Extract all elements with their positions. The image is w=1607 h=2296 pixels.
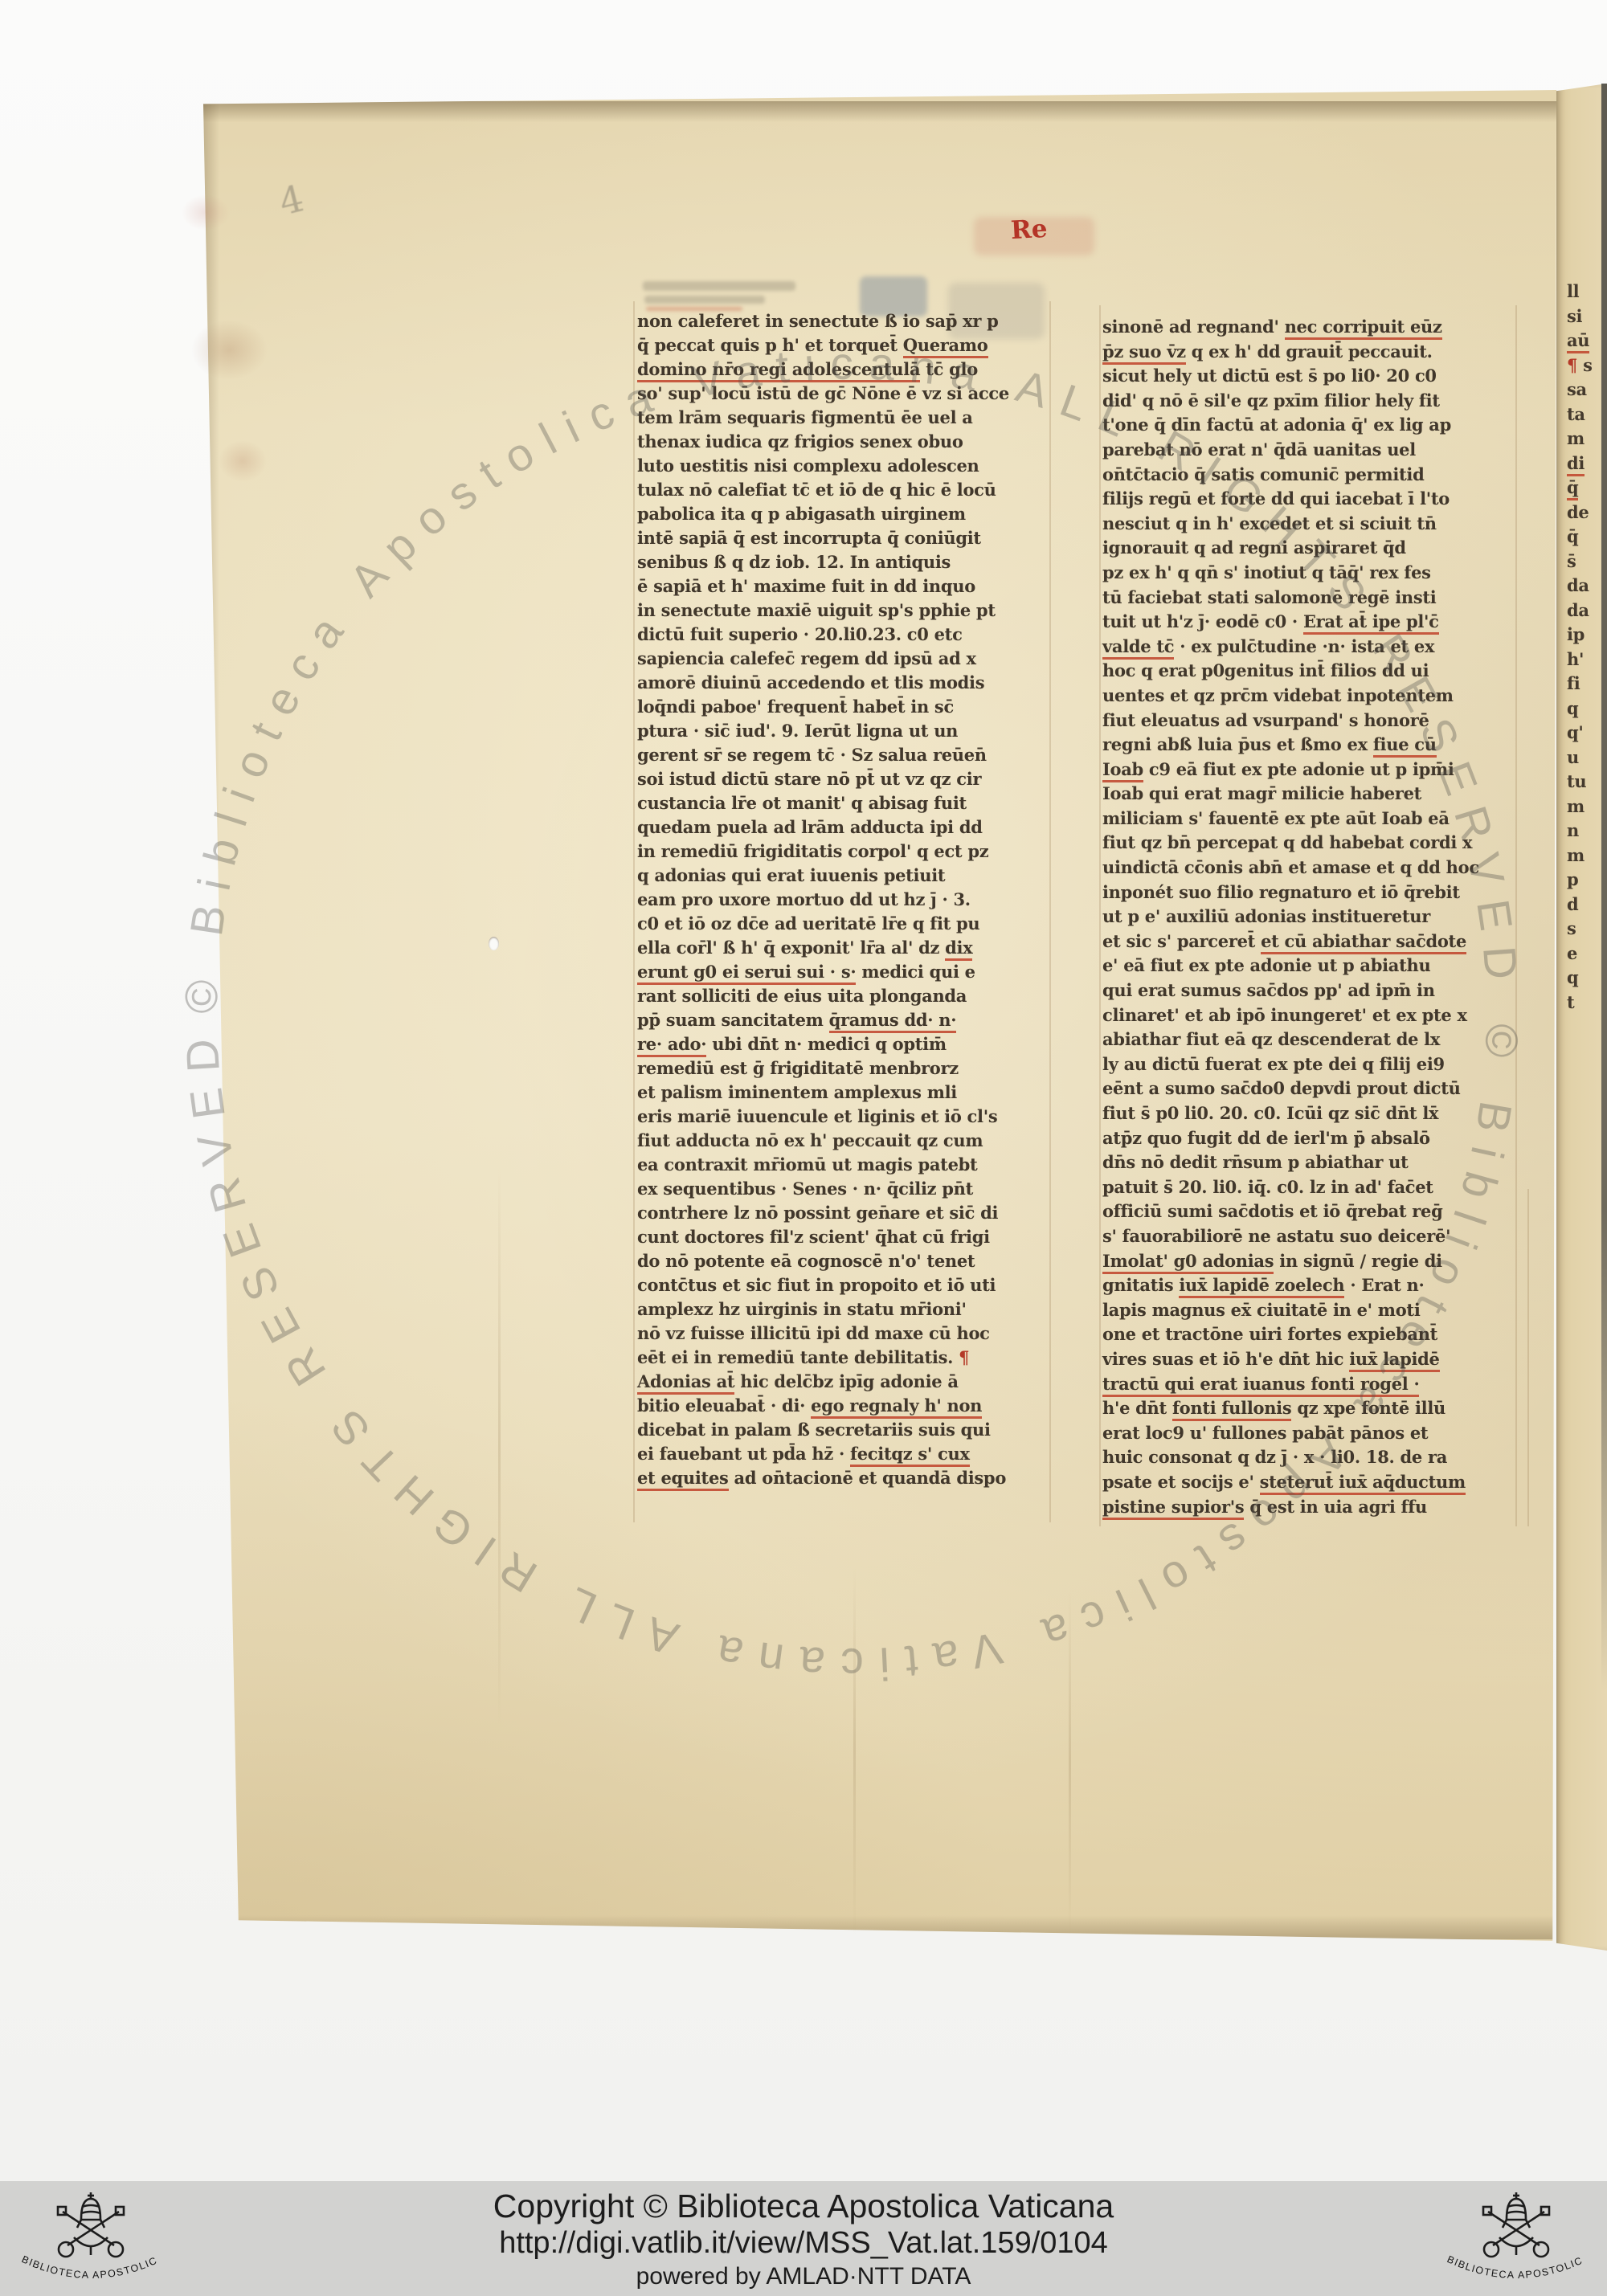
manuscript-line: s [1567, 917, 1605, 942]
manuscript-line: did' q nō ē sil'e qz pxīm filior hely fi… [1102, 389, 1515, 414]
manuscript-line: bitio eleuabat̄ · di· ego regnaly h' non [637, 1394, 1050, 1418]
red-underlined-phrase: p̄z suo v̄z [1102, 341, 1186, 365]
manuscript-line: sicut hely ut dictū est s̄ po li0· 20 c0 [1102, 364, 1515, 389]
manuscript-line: fiut s̄ p0 li0. 20. c0. Icūi qz sic̄ dn̄… [1102, 1101, 1515, 1126]
manuscript-line: di [1567, 451, 1605, 476]
manuscript-line: erunt g0 ei serui sui · s· medici qui e [637, 960, 1050, 984]
ruling-line [633, 301, 635, 1522]
manuscript-line: sa [1567, 378, 1605, 402]
manuscript-line: in remediū frigiditatis corpol' q ect pz [637, 840, 1050, 864]
manuscript-line: Adonias at̄ hic delc̄bz ipīg adonie ā [637, 1370, 1050, 1394]
red-underlined-phrase: Queramo [903, 335, 988, 358]
red-underlined-phrase: steterut̄ iux̄ aq̄ductum [1260, 1472, 1466, 1495]
footer-bar: Copyright © Biblioteca Apostolica Vatica… [0, 2181, 1607, 2296]
manuscript-line: fiut qz bn̄ percepat q dd habebat cordi … [1102, 831, 1515, 856]
manuscript-line: miliciam s' fauentē ex pte aūt Ioab eā [1102, 807, 1515, 831]
manuscript-line: luto uestitis nisi complexu adolescen [637, 454, 1050, 478]
manuscript-line: Ioab c9 eā fiut ex pte adonie ut p ipm̄i [1102, 758, 1515, 782]
manuscript-line: da [1567, 574, 1605, 599]
manuscript-line: et palism iminentem amplexus mli [637, 1081, 1050, 1105]
page-bottom-shadow [203, 1915, 1556, 1939]
manuscript-line: custancia lr̄e ot manit' q abisag fuit [637, 791, 1050, 815]
manuscript-line: ip [1567, 623, 1605, 648]
manuscript-line: h' [1567, 648, 1605, 672]
red-underlined-phrase: Imolat' g0 adonias [1102, 1251, 1274, 1274]
ruling-line [1515, 305, 1517, 1526]
svg-text:BIBLIOTECA APOSTOLICA VATICANA: BIBLIOTECA APOSTOLICA VATICANA [14, 2188, 159, 2281]
manuscript-line: ptura · sic̄ iud'. 9. Ierūt ligna ut un [637, 719, 1050, 743]
manuscript-line: e' eā fiut ex pte adonie ut p abiathu [1102, 954, 1515, 978]
manuscript-line: huic consonat q dz j̄ · x · li0. 18. de … [1102, 1445, 1515, 1470]
manuscript-line: in senectute maxiē uiguit sp's pphie pt [637, 599, 1050, 623]
manuscript-line: ē sapiā et h' maxime fuit in dd inquo [637, 574, 1050, 599]
crossed-keys-tiara-icon [58, 2192, 124, 2257]
manuscript-line: soi istud dictū stare nō pt̄ ut vz qz ci… [637, 767, 1050, 791]
manuscript-line: gnitatis iux̄ lapidē zoelech · Erat n· [1102, 1273, 1515, 1298]
manuscript-line: eam pro uxore mortuo dd ut hz j̄ · 3. [637, 888, 1050, 912]
manuscript-line: fiut eleuatus ad vsurpand' s honorē [1102, 709, 1515, 733]
manuscript-line: tu [1567, 770, 1605, 795]
manuscript-line: amplexz hz uirginis in statu mr̄ioni' [637, 1297, 1050, 1322]
manuscript-line: ll [1567, 280, 1605, 304]
manuscript-line: vires suas et iō h'e dn̄t hic iux̄ lapid… [1102, 1347, 1515, 1372]
crossed-keys-tiara-icon [1483, 2192, 1549, 2257]
powered-by-text: powered by AMLAD·NTT DATA [0, 2263, 1607, 2290]
parchment-crease [1069, 1591, 1071, 1936]
red-underlined-phrase: fiue cū [1373, 734, 1437, 758]
manuscript-line: s̄ [1567, 549, 1605, 574]
manuscript-line: aū [1567, 329, 1605, 353]
manuscript-line: sapiencia calefec̄ regem dd ipsū ad x [637, 647, 1050, 671]
manuscript-line: cunt doctores fil'z scient' q̄hat cū fri… [637, 1225, 1050, 1249]
red-underlined-phrase: iux̄ lapidē zoelech [1179, 1275, 1344, 1298]
manuscript-line: quedam puela ad lrām adducta ipi dd [637, 815, 1050, 840]
manuscript-line: uindictā cc̄onis abn̄ et amase et q dd h… [1102, 856, 1515, 880]
red-underlined-phrase: q̄ramus dd· n· [829, 1010, 957, 1033]
red-underlined-phrase: tractū qui erat iuanus fonti rogel · [1102, 1374, 1419, 1397]
manuscript-line: lapis magnus ex̄ ciuitatē in e' moti [1102, 1298, 1515, 1323]
manuscript-line: contc̄tus et sic fiut in propoito et iō … [637, 1273, 1050, 1297]
manuscript-line: fiut adducta nō ex h' peccauit qz cum [637, 1129, 1050, 1153]
vatican-library-logo-left: BIBLIOTECA APOSTOLICA VATICANA [14, 2188, 167, 2294]
rubricated-mark: ¶ [1567, 355, 1577, 375]
manuscript-line: ea contraxit mr̄iomū ut magis patebt [637, 1153, 1050, 1177]
manuscript-line: de [1567, 500, 1605, 525]
red-underlined-phrase: pistine supior's [1102, 1497, 1244, 1520]
manuscript-line: contrhere lz nō possint gen̄are et sic̄ … [637, 1201, 1050, 1225]
manuscript-line: m [1567, 427, 1605, 451]
manuscript-line: pistine supior's q̄ est in uia agri ffu [1102, 1495, 1515, 1520]
manuscript-line: p [1567, 868, 1605, 893]
red-underlined-phrase: iux̄ lapidē [1349, 1349, 1439, 1372]
parchment-crease [498, 1165, 501, 1727]
digitized-manuscript-view: llsiaū¶ ssatamdiq̄deq̄s̄dadaiph'fiqq'utu… [0, 0, 1607, 2296]
manuscript-line: sinonē ad regnand' nec corripuit eūz [1102, 315, 1515, 340]
folio-mark: Re [1010, 214, 1048, 245]
manuscript-line: fi [1567, 672, 1605, 697]
ruling-line [1527, 1189, 1529, 1526]
manuscript-line: ut p e' auxiliū adonias institueretur [1102, 905, 1515, 929]
stain [219, 440, 267, 482]
manuscript-line: p̄z suo v̄z q ex h' dd grauit̄ peccauit. [1102, 340, 1515, 365]
logo-caption-left: BIBLIOTECA APOSTOLICA VATICANA [14, 2188, 159, 2281]
manuscript-line: valde tc̄ · ex pulc̄tudine ·n· ista et e… [1102, 635, 1515, 660]
manuscript-line: rant solliciti de eius uita plonganda [637, 984, 1050, 1008]
manuscript-line: ignorauit q ad regni aspiraret q̄d [1102, 536, 1515, 561]
manuscript-line: atp̄z quo fugit dd de ierl'm p̄ absalō [1102, 1126, 1515, 1151]
manuscript-line: et equites ad on̄tacionē et quandā dispo [637, 1466, 1050, 1490]
manuscript-line: q' [1567, 721, 1605, 746]
manuscript-line: clinaret' et ab ipō inungeret' et ex pte… [1102, 1003, 1515, 1028]
logo-caption-right: BIBLIOTECA APOSTOLICA VATICANA [1440, 2188, 1585, 2281]
manuscript-line: u [1567, 746, 1605, 770]
red-underlined-phrase: domino nr̄o regi adolescentulā [637, 359, 920, 382]
red-underlined-phrase: Ioab [1102, 759, 1143, 782]
manuscript-line: psate et socijs e' steterut̄ iux̄ aq̄duc… [1102, 1470, 1515, 1495]
manuscript-line: tem lrām sequaris figmentū ēe uel a [637, 406, 1050, 430]
manuscript-line: ¶ s [1567, 353, 1605, 378]
red-underlined-phrase: et cū abiathar sac̄dote [1261, 931, 1466, 954]
manuscript-line: n [1567, 819, 1605, 844]
red-underlined-phrase: et equites [637, 1468, 729, 1491]
manuscript-line: q̄ peccat quis p h' et torquet̄ Queramo [637, 333, 1050, 357]
manuscript-line: patuit s̄ 20. li0. iq̄. c0. lz in ad' fa… [1102, 1175, 1515, 1200]
red-underlined-phrase: re· ado· [637, 1034, 706, 1057]
manuscript-line: s' fauorabiliorē ne astatu suo deicerē' [1102, 1224, 1515, 1249]
manuscript-line: ei fauebant ut pd̄a hz̄ · fecitqz s' cux [637, 1442, 1050, 1466]
red-underlined-phrase: fecitqz s' cux [850, 1444, 970, 1467]
parchment-hole [489, 937, 499, 950]
manuscript-line: ella cor̄l' ß h' q̄ exponit' lr̄a al' dz… [637, 936, 1050, 960]
manuscript-line: re· ado· ubi dn̄t n· medici q optim̄ [637, 1032, 1050, 1056]
manuscript-line: domino nr̄o regi adolescentulā tc̄ glo [637, 357, 1050, 382]
left-text-column: non caleferet in senectute ß io sap̄ xr … [637, 309, 1050, 1490]
manuscript-line: Imolat' g0 adonias in signū / regie di [1102, 1249, 1515, 1274]
manuscript-line: da [1567, 599, 1605, 623]
svg-text:BIBLIOTECA APOSTOLICA VATICANA: BIBLIOTECA APOSTOLICA VATICANA [1440, 2188, 1585, 2281]
manuscript-line: officiū sumi sac̄dotis et iō q̄rebat reḡ [1102, 1199, 1515, 1224]
manuscript-line: tū faciebat stati salomonē regē insti [1102, 586, 1515, 611]
red-underlined-phrase: nec corripuit eūz [1285, 317, 1442, 340]
red-underlined-phrase: dix [945, 938, 972, 961]
manuscript-line: senibus ß q dz iob. 12. In antiquis [637, 550, 1050, 574]
manuscript-line: filijs regū et forte dd qui iacebat ī l'… [1102, 487, 1515, 512]
manuscript-line: si [1567, 304, 1605, 329]
manuscript-line: erat loc9 u' fullones pabāt pānos et [1102, 1421, 1515, 1446]
manuscript-line: c0 et iō oz dc̄e ad ueritatē lr̄e q fit … [637, 912, 1050, 936]
red-underlined-phrase: valde tc̄ [1102, 636, 1174, 660]
manuscript-line: remediū est ḡ frigiditatē menbrorz [637, 1056, 1050, 1081]
manuscript-line: gerent sr̄ se regem tc̄ · Sz salua reūen… [637, 743, 1050, 767]
manuscript-line: loq̄ndi paboe' frequent̄ habet̄ in sc̄ [637, 695, 1050, 719]
manuscript-line: pz ex h' q qn̄ s' inotiut q tāq̄' rex fe… [1102, 561, 1515, 586]
manuscript-line: amorē diuinū accedendo et tlis modis [637, 671, 1050, 695]
manuscript-line: tuit ut h'z j̄· eodē c0 · Erat at̄ ipe p… [1102, 610, 1515, 635]
red-underlined-phrase: q̄ [1567, 477, 1578, 500]
manuscript-line: do nō potente eā cognoscē n'o' tenet [637, 1249, 1050, 1273]
ruling-line [1099, 305, 1101, 1526]
manuscript-line: ly au dictū fuerat ex pte dei q filij ei… [1102, 1052, 1515, 1077]
manuscript-line: inponét suo filio regnaturo et iō q̄rebi… [1102, 880, 1515, 905]
manuscript-line: Ioab qui erat magr̄ milicie haberet [1102, 782, 1515, 807]
manuscript-line: qui erat sumus sac̄dos pp' ad ipm̄ in [1102, 978, 1515, 1003]
manuscript-line: so' sup' locū istū de gc̄ Nōne ē vz si a… [637, 382, 1050, 406]
manuscript-line: nō vz fuisse illicitū ipi dd maxe cū hoc [637, 1322, 1050, 1346]
red-underlined-phrase: ego regnaly h' non [811, 1395, 982, 1419]
red-underlined-phrase: fonti fullonis [1172, 1398, 1291, 1421]
manifest-url-text: http://digi.vatlib.it/view/MSS_Vat.lat.1… [0, 2226, 1607, 2261]
manuscript-line: q [1567, 966, 1605, 991]
red-underlined-phrase: Erat at̄ ipe pl'c̄ [1303, 611, 1439, 635]
manuscript-line: tulax nō calefiat tc̄ et iō de q hic ē l… [637, 478, 1050, 502]
manuscript-line: h'e dn̄t fonti fullonis qz xpe fontē ill… [1102, 1396, 1515, 1421]
stain [191, 320, 268, 380]
manuscript-line: t'one q̄ dīn factū at adonia q̄' ex lig … [1102, 413, 1515, 438]
page-top-shadow [203, 101, 1556, 122]
manuscript-line: t [1567, 991, 1605, 1015]
manuscript-line: q̄ [1567, 525, 1605, 549]
manuscript-line: intē sapiā q̄ est incorrupta q̄ coniūgit [637, 526, 1050, 550]
red-underlined-phrase: Adonias at̄ [637, 1371, 734, 1395]
manuscript-line: one et tractōne uiri fortes expiebant̄ [1102, 1322, 1515, 1347]
manuscript-line: q̄ [1567, 476, 1605, 500]
manuscript-line: eēnt a sumo sac̄do0 depvdi prout dictū [1102, 1077, 1515, 1101]
manuscript-line: dicebat in palam ß secretariis suis qui [637, 1418, 1050, 1442]
manuscript-line: q adonias qui erat iuuenis petiuit [637, 864, 1050, 888]
manuscript-line: m [1567, 795, 1605, 819]
rubricated-mark: ¶ [959, 1347, 969, 1367]
show-through-text [644, 296, 765, 304]
manuscript-line: parebat nō erat n' q̄dā uanitas uel [1102, 438, 1515, 463]
manuscript-line: nesciut q in h' excedet et si sciuit tn̄ [1102, 512, 1515, 537]
manuscript-line: pp̄ suam sancitatem q̄ramus dd· n· [637, 1008, 1050, 1032]
manuscript-line: regni abß luia p̄us et ßmo ex fiue cū [1102, 733, 1515, 758]
manuscript-line: dictū fuit superio · 20.li0.23. c0 etc [637, 623, 1050, 647]
parchment-crease [853, 1567, 856, 1936]
red-underlined-phrase: di [1567, 453, 1585, 476]
manuscript-line: q [1567, 697, 1605, 721]
right-text-column: sinonē ad regnand' nec corripuit eūzp̄z … [1102, 315, 1515, 1519]
stain [182, 194, 230, 231]
red-underlined-phrase: erunt g0 ei serui sui · s· [637, 962, 856, 985]
manuscript-line: d [1567, 893, 1605, 917]
manuscript-line: dn̄s nō dedit rn̄sum p abiathar ut [1102, 1150, 1515, 1175]
copyright-text: Copyright © Biblioteca Apostolica Vatica… [0, 2188, 1607, 2225]
manuscript-line: pabolica ita q p abigasath uirginem [637, 502, 1050, 526]
facing-page-text-fragments: llsiaū¶ ssatamdiq̄deq̄s̄dadaiph'fiqq'utu… [1567, 280, 1605, 1015]
manuscript-line: on̄tc̄tacio q̄ satis comunic̄ permitid [1102, 463, 1515, 488]
red-underlined-phrase: aū [1567, 330, 1589, 353]
manuscript-line: m [1567, 844, 1605, 868]
manuscript-line: et sic s' parceret̄ et cū abiathar sac̄d… [1102, 929, 1515, 954]
manuscript-line: uentes et qz prc̄m videbat inpotentem [1102, 684, 1515, 709]
show-through-text [643, 281, 795, 291]
manuscript-line: eēt ei in remediū tante debilitatis. ¶ [637, 1346, 1050, 1370]
manuscript-line: abiathar fiut eā qz descenderat de lx [1102, 1027, 1515, 1052]
manuscript-line: non caleferet in senectute ß io sap̄ xr … [637, 309, 1050, 333]
manuscript-line: ex sequentibus · Senes · n· q̄ciliz pn̄t [637, 1177, 1050, 1201]
manuscript-line: hoc q erat p0genitus int̄ filios dd ui [1102, 659, 1515, 684]
manuscript-line: ta [1567, 402, 1605, 427]
manuscript-line: eris mariē iuuencule et liginis et iō cl… [637, 1105, 1050, 1129]
manuscript-line: thenax iudica qz frigios senex obuo [637, 430, 1050, 454]
vatican-library-logo-right: BIBLIOTECA APOSTOLICA VATICANA [1440, 2188, 1593, 2294]
manuscript-line: e [1567, 942, 1605, 966]
manuscript-line: tractū qui erat iuanus fonti rogel · [1102, 1372, 1515, 1397]
